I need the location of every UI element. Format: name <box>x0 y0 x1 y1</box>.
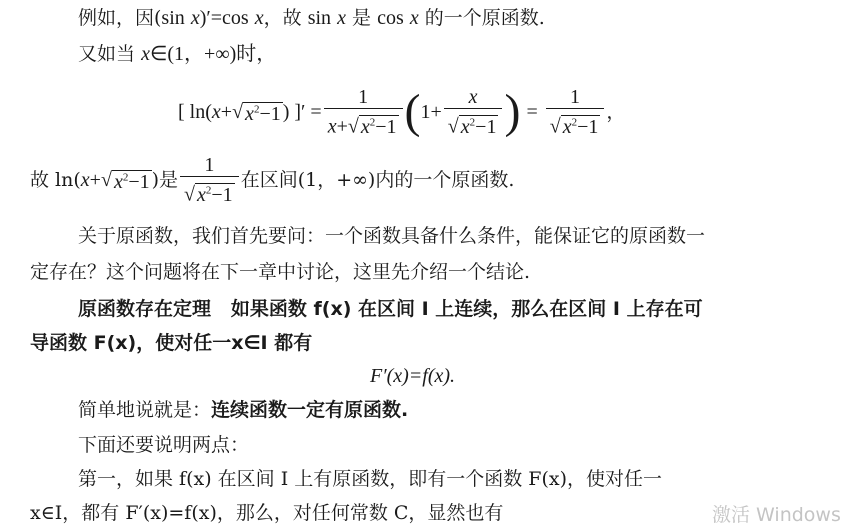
text: 在区间(1，+∞)内的一个原函数. <box>241 168 515 192</box>
math-text: [ ln( <box>178 100 212 124</box>
theorem-title: 原函数存在定理 <box>78 298 211 320</box>
text: ， <box>606 100 625 124</box>
theorem-line-2: 导函数 F(x)，使对任一x∈I 都有 <box>30 331 312 355</box>
sqrt: x2−1 <box>243 98 283 127</box>
text: 例如，因( <box>78 7 161 29</box>
paren: ) <box>504 88 520 136</box>
text: 故 ln( <box>30 168 81 192</box>
math-text: = <box>526 100 537 124</box>
math-x: x <box>191 7 200 29</box>
text-line-5: 关于原函数，我们首先要问：一个函数具备什么条件，能保证它的原函数一 <box>78 224 705 248</box>
math-sin: sin <box>308 7 331 29</box>
bold-statement: 连续函数一定有原函数. <box>211 399 408 421</box>
fraction: 1 √x2−1 <box>546 86 605 138</box>
math-cos: cos <box>377 7 404 29</box>
text-line-1: 例如，因(sin x)′=cos x，故 sin x 是 cos x 的一个原函… <box>78 6 545 30</box>
text: 又如当 <box>78 43 135 65</box>
text-line-13: x∈I，都有 F′(x)=f(x)，那么，对任何常数 C，显然也有 <box>30 501 503 525</box>
text: ，故 <box>264 7 302 29</box>
math-x: x <box>410 7 419 29</box>
math-text: ∈(1，+∞)时， <box>150 43 276 65</box>
math-x: x <box>212 100 221 124</box>
math-x: x <box>255 7 264 29</box>
formula-derivative: [ ln(x+√x2−1) ]′ = 1 x+√x2−1 ( 1+ x √x2−… <box>178 82 625 142</box>
theorem-text: 如果函数 f(x) 在区间 I 上连续，那么在区间 I 上存在可 <box>231 298 703 320</box>
text-line-10: 简单地说就是：连续函数一定有原函数. <box>78 398 408 422</box>
paren: ( <box>405 88 421 136</box>
text: )是 <box>152 168 178 192</box>
math-sin: sin <box>161 7 184 29</box>
text: 的一个原函数. <box>425 7 545 29</box>
fraction: 1 √x2−1 <box>180 154 239 206</box>
theorem-formula: F′(x)=f(x). <box>370 364 455 388</box>
math-cos: cos <box>222 7 249 29</box>
fraction: x √x2−1 <box>444 86 503 138</box>
math-x: x <box>337 7 346 29</box>
windows-activation-watermark: 激活 Windows <box>712 500 841 527</box>
fraction: 1 x+√x2−1 <box>324 86 403 138</box>
text: 简单地说就是： <box>78 399 211 421</box>
math-x: x <box>141 43 150 65</box>
text-line-6: 定存在？这个问题将在下一章中讨论，这里先介绍一个结论. <box>30 260 530 284</box>
math-text: ) ]′ = <box>283 100 322 124</box>
text: 是 <box>352 7 371 29</box>
text-line-4: 故 ln(x+√x2−1)是 1 √x2−1 在区间(1，+∞)内的一个原函数. <box>30 150 514 210</box>
math-text: )′= <box>200 7 222 29</box>
text-line-2: 又如当 x∈(1，+∞)时， <box>78 42 276 66</box>
math-text: + <box>221 100 232 124</box>
math-text: 1+ <box>421 100 442 124</box>
text-line-12: 第一，如果 f(x) 在区间 I 上有原函数，即有一个函数 F(x)，使对任一 <box>78 467 662 491</box>
theorem-line-1: 原函数存在定理 如果函数 f(x) 在区间 I 上连续，那么在区间 I 上存在可 <box>78 297 703 321</box>
text-line-11: 下面还要说明两点： <box>78 433 249 457</box>
